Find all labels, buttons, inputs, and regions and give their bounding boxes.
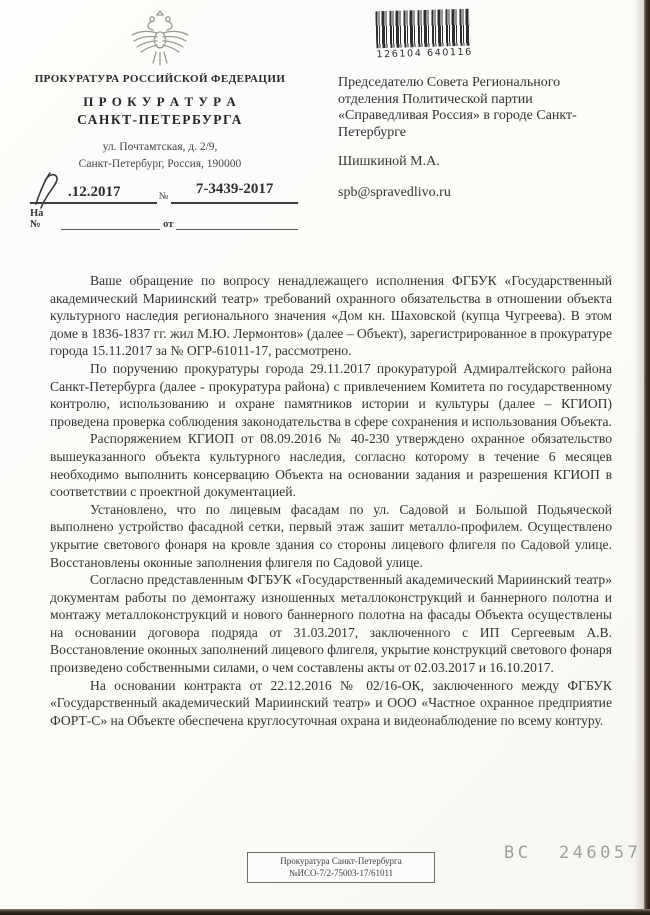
recipient-address-line: Председателю Совета Регионального bbox=[338, 75, 630, 92]
recipient-block: 126104 640116 Председателю Совета Регион… bbox=[338, 10, 630, 201]
barcode: 126104 640116 bbox=[375, 9, 470, 61]
ref-number-blank bbox=[61, 215, 161, 230]
russian-coat-of-arms-icon bbox=[127, 8, 193, 68]
recipient-address: Председателю Совета Регионального отделе… bbox=[338, 75, 630, 141]
letter-body: Ваше обращение по вопросу ненадлежащего … bbox=[50, 272, 612, 729]
recipient-address-line: «Справедливая Россия» в городе Санкт- bbox=[338, 108, 630, 125]
letterhead-org-line2: САНКТ-ПЕТЕРБУРГА bbox=[24, 112, 296, 128]
body-paragraph: На основании контракта от 22.12.2016 № 0… bbox=[50, 677, 612, 730]
number-sign: № bbox=[159, 190, 169, 204]
date-number-row: .12.2017 № 7-3439-2017 bbox=[30, 178, 298, 204]
form-serial-number: ВС 246057 bbox=[504, 843, 641, 863]
reference-row: На № от bbox=[30, 212, 298, 230]
body-paragraph: Согласно представленным ФГБУК «Государст… bbox=[50, 571, 612, 677]
scan-edge-bottom bbox=[0, 909, 650, 915]
registration-stamp-org: Прокуратура Санкт-Петербурга bbox=[252, 856, 430, 868]
recipient-email: spb@spravedlivo.ru bbox=[338, 185, 630, 201]
letterhead-address-line1: ул. Почтамтская, д. 2/9, bbox=[24, 139, 296, 156]
letter-date: .12.2017 bbox=[68, 184, 121, 201]
ref-date-label: от bbox=[163, 219, 173, 230]
scan-edge-right bbox=[644, 0, 650, 915]
body-paragraph: Ваше обращение по вопросу ненадлежащего … bbox=[50, 272, 612, 360]
body-paragraph: Распоряжением КГИОП от 08.09.2016 № 40-2… bbox=[50, 430, 612, 500]
handwritten-day-icon bbox=[32, 170, 68, 212]
scan-edge-shadow bbox=[634, 0, 644, 915]
ref-number-label: На № bbox=[30, 208, 57, 230]
scanned-letter-page: ПРОКУРАТУРА РОССИЙСКОЙ ФЕДЕРАЦИИ П Р О К… bbox=[0, 0, 650, 915]
registration-stamp-number: №ИСО-7/2-75003-17/61011 bbox=[252, 868, 430, 880]
recipient-name: Шишкиной М.А. bbox=[338, 154, 630, 170]
letterhead: ПРОКУРАТУРА РОССИЙСКОЙ ФЕДЕРАЦИИ П Р О К… bbox=[24, 8, 296, 172]
recipient-address-line: Петербурге bbox=[338, 125, 630, 142]
barcode-number: 126104 640116 bbox=[376, 47, 470, 61]
letterhead-address: ул. Почтамтская, д. 2/9, Санкт-Петербург… bbox=[24, 139, 296, 172]
ref-date-blank bbox=[176, 215, 298, 230]
body-paragraph: По поручению прокуратуры города 29.11.20… bbox=[50, 360, 612, 430]
recipient-address-line: отделения Политической партии bbox=[338, 92, 630, 109]
date-field: .12.2017 bbox=[30, 178, 157, 204]
registration-stamp: Прокуратура Санкт-Петербурга №ИСО-7/2-75… bbox=[247, 852, 435, 883]
outgoing-number: 7-3439-2017 bbox=[171, 178, 298, 204]
body-paragraph: Установлено, что по лицевым фасадам по у… bbox=[50, 501, 612, 571]
letterhead-org-line1: П Р О К У Р А Т У Р А bbox=[24, 94, 296, 110]
barcode-bars-icon bbox=[375, 9, 470, 49]
letterhead-parent-org: ПРОКУРАТУРА РОССИЙСКОЙ ФЕДЕРАЦИИ bbox=[24, 73, 296, 85]
